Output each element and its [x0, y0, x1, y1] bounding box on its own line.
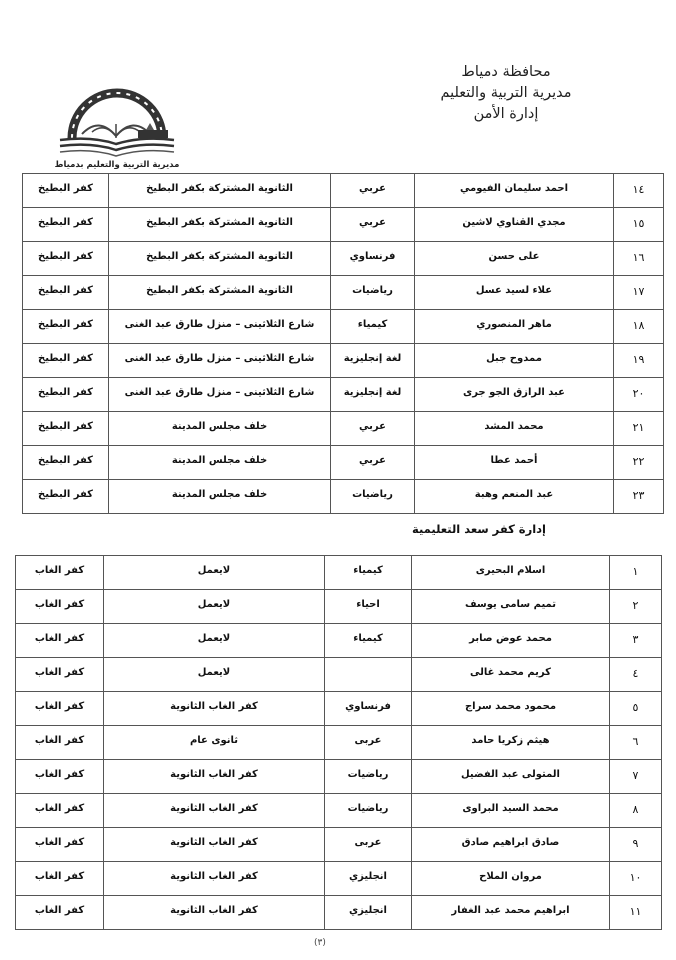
- subject: [325, 658, 412, 692]
- table-row: ١٩ممدوح جبللغة إنجليزيةشارع الثلاثينى – …: [23, 344, 664, 378]
- subject: احياء: [325, 590, 412, 624]
- teacher-name: على حسن: [415, 242, 614, 276]
- row-number: ٢١: [614, 412, 664, 446]
- area: كفر البطيخ: [23, 174, 109, 208]
- row-number: ٩: [610, 828, 662, 862]
- subject: رياضيات: [331, 276, 415, 310]
- location: لايعمل: [104, 556, 325, 590]
- teacher-name: محمد عوض صابر: [412, 624, 610, 658]
- roster-table-kafr-saad: ١اسلام البحيرىكيمياءلايعملكفر الغاب ٢تمي…: [15, 555, 662, 930]
- teacher-name: محمد المشد: [415, 412, 614, 446]
- subject: انجليزي: [325, 862, 412, 896]
- page-number: (٣): [314, 938, 326, 948]
- subject: فرنساوي: [325, 692, 412, 726]
- table-row: ١اسلام البحيرىكيمياءلايعملكفر الغاب: [16, 556, 662, 590]
- location: كفر الغاب الثانوية: [104, 760, 325, 794]
- header-governorate: محافظة دمياط: [406, 62, 606, 83]
- row-number: ٣: [610, 624, 662, 658]
- table-row: ٢٠عبد الرازق الجو جرىلغة إنجليزيةشارع ال…: [23, 378, 664, 412]
- subject: رياضيات: [325, 794, 412, 828]
- teacher-name: ابراهيم محمد عبد الغفار: [412, 896, 610, 930]
- location: الثانوية المشتركة بكفر البطيخ: [109, 242, 331, 276]
- table-row: ٥محمود محمد سراجفرنساويكفر الغاب الثانوي…: [16, 692, 662, 726]
- table-row: ٧المتولى عبد الفضيلرياضياتكفر الغاب الثا…: [16, 760, 662, 794]
- header-directorate: مديرية التربية والتعليم: [406, 83, 606, 104]
- row-number: ١٧: [614, 276, 664, 310]
- roster-table-kafr-el-battikh: ١٤احمد سليمان الفيوميعربيالثانوية المشتر…: [22, 173, 664, 514]
- teacher-name: أحمد عطا: [415, 446, 614, 480]
- table-row: ٦هيثم زكريا حامدعربىثانوى عامكفر الغاب: [16, 726, 662, 760]
- table-row: ١٥مجدي القناوي لاشينعربيالثانوية المشترك…: [23, 208, 664, 242]
- area: كفر البطيخ: [23, 242, 109, 276]
- row-number: ١: [610, 556, 662, 590]
- area: كفر الغاب: [16, 896, 104, 930]
- teacher-name: عبد الرازق الجو جرى: [415, 378, 614, 412]
- teacher-name: احمد سليمان الفيومي: [415, 174, 614, 208]
- area: كفر الغاب: [16, 794, 104, 828]
- location: الثانوية المشتركة بكفر البطيخ: [109, 174, 331, 208]
- table-row: ٢تميم سامى يوسفاحياءلايعملكفر الغاب: [16, 590, 662, 624]
- document-header: محافظة دمياط مديرية التربية والتعليم إدا…: [406, 62, 606, 125]
- subject: لغة إنجليزية: [331, 378, 415, 412]
- location: ثانوى عام: [104, 726, 325, 760]
- subject: عربى: [325, 828, 412, 862]
- table-row: ٢٣عبد المنعم وهبةرياضياتخلف مجلس المدينة…: [23, 480, 664, 514]
- area: كفر الغاب: [16, 726, 104, 760]
- open-book-arch-logo-icon: مديرية التربية والتعليم بدمياط: [52, 66, 182, 170]
- teacher-name: كريم محمد غالى: [412, 658, 610, 692]
- area: كفر البطيخ: [23, 446, 109, 480]
- teacher-name: مروان الملاح: [412, 862, 610, 896]
- row-number: ١٨: [614, 310, 664, 344]
- subject: كيمياء: [325, 624, 412, 658]
- subject: رياضيات: [331, 480, 415, 514]
- subject: انجليزي: [325, 896, 412, 930]
- teacher-name: عبد المنعم وهبة: [415, 480, 614, 514]
- table-row: ١١ابراهيم محمد عبد الغفارانجليزيكفر الغا…: [16, 896, 662, 930]
- table-row: ٢٢أحمد عطاعربيخلف مجلس المدينةكفر البطيخ: [23, 446, 664, 480]
- area: كفر البطيخ: [23, 310, 109, 344]
- area: كفر الغاب: [16, 828, 104, 862]
- table-row: ١٧علاء لسيد عسلرياضياتالثانوية المشتركة …: [23, 276, 664, 310]
- teacher-name: محمود محمد سراج: [412, 692, 610, 726]
- subject: عربي: [331, 174, 415, 208]
- area: كفر الغاب: [16, 590, 104, 624]
- row-number: ٨: [610, 794, 662, 828]
- area: كفر الغاب: [16, 556, 104, 590]
- area: كفر البطيخ: [23, 412, 109, 446]
- location: لايعمل: [104, 658, 325, 692]
- location: كفر الغاب الثانوية: [104, 862, 325, 896]
- table-row: ١٦على حسنفرنساويالثانوية المشتركة بكفر ا…: [23, 242, 664, 276]
- area: كفر البطيخ: [23, 480, 109, 514]
- teacher-name: ماهر المنصوري: [415, 310, 614, 344]
- row-number: ٢٣: [614, 480, 664, 514]
- row-number: ٤: [610, 658, 662, 692]
- area: كفر الغاب: [16, 658, 104, 692]
- teacher-name: المتولى عبد الفضيل: [412, 760, 610, 794]
- subject: عربى: [325, 726, 412, 760]
- area: كفر البطيخ: [23, 344, 109, 378]
- table-row: ٩صادق ابراهيم صادقعربىكفر الغاب الثانوية…: [16, 828, 662, 862]
- teacher-name: اسلام البحيرى: [412, 556, 610, 590]
- area: كفر البطيخ: [23, 378, 109, 412]
- area: كفر البطيخ: [23, 276, 109, 310]
- subject: عربي: [331, 412, 415, 446]
- row-number: ٢٢: [614, 446, 664, 480]
- svg-text:مديرية التربية والتعليم بدمياط: مديرية التربية والتعليم بدمياط: [55, 160, 180, 170]
- location: كفر الغاب الثانوية: [104, 896, 325, 930]
- location: لايعمل: [104, 624, 325, 658]
- area: كفر البطيخ: [23, 208, 109, 242]
- table-row: ١٤احمد سليمان الفيوميعربيالثانوية المشتر…: [23, 174, 664, 208]
- header-department: إدارة الأمن: [406, 104, 606, 125]
- subject: كيمياء: [331, 310, 415, 344]
- location: شارع الثلاثينى – منزل طارق عبد الغنى: [109, 344, 331, 378]
- row-number: ١١: [610, 896, 662, 930]
- section-title-kafr-saad: إدارة كفر سعد التعليمية: [412, 522, 546, 536]
- location: كفر الغاب الثانوية: [104, 828, 325, 862]
- row-number: ١٩: [614, 344, 664, 378]
- teacher-name: ممدوح جبل: [415, 344, 614, 378]
- location: الثانوية المشتركة بكفر البطيخ: [109, 208, 331, 242]
- table-row: ١٨ماهر المنصوريكيمياءشارع الثلاثينى – من…: [23, 310, 664, 344]
- teacher-name: تميم سامى يوسف: [412, 590, 610, 624]
- row-number: ١٦: [614, 242, 664, 276]
- row-number: ١٤: [614, 174, 664, 208]
- location: خلف مجلس المدينة: [109, 446, 331, 480]
- subject: فرنساوي: [331, 242, 415, 276]
- subject: لغة إنجليزية: [331, 344, 415, 378]
- table-row: ٢١محمد المشدعربيخلف مجلس المدينةكفر البط…: [23, 412, 664, 446]
- table-row: ٨محمد السيد البراوىرياضياتكفر الغاب الثا…: [16, 794, 662, 828]
- teacher-name: هيثم زكريا حامد: [412, 726, 610, 760]
- table-row: ٣محمد عوض صابركيمياءلايعملكفر الغاب: [16, 624, 662, 658]
- location: كفر الغاب الثانوية: [104, 692, 325, 726]
- teacher-name: صادق ابراهيم صادق: [412, 828, 610, 862]
- row-number: ٥: [610, 692, 662, 726]
- location: لايعمل: [104, 590, 325, 624]
- row-number: ١٠: [610, 862, 662, 896]
- teacher-name: مجدي القناوي لاشين: [415, 208, 614, 242]
- subject: كيمياء: [325, 556, 412, 590]
- location: شارع الثلاثينى – منزل طارق عبد الغنى: [109, 310, 331, 344]
- location: خلف مجلس المدينة: [109, 480, 331, 514]
- teacher-name: محمد السيد البراوى: [412, 794, 610, 828]
- teacher-name: علاء لسيد عسل: [415, 276, 614, 310]
- location: كفر الغاب الثانوية: [104, 794, 325, 828]
- area: كفر الغاب: [16, 692, 104, 726]
- table-row: ١٠مروان الملاحانجليزيكفر الغاب الثانويةك…: [16, 862, 662, 896]
- area: كفر الغاب: [16, 624, 104, 658]
- table-row: ٤كريم محمد غالىلايعملكفر الغاب: [16, 658, 662, 692]
- row-number: ٢٠: [614, 378, 664, 412]
- location: خلف مجلس المدينة: [109, 412, 331, 446]
- subject: عربي: [331, 446, 415, 480]
- row-number: ٧: [610, 760, 662, 794]
- area: كفر الغاب: [16, 760, 104, 794]
- location: الثانوية المشتركة بكفر البطيخ: [109, 276, 331, 310]
- row-number: ١٥: [614, 208, 664, 242]
- area: كفر الغاب: [16, 862, 104, 896]
- location: شارع الثلاثينى – منزل طارق عبد الغنى: [109, 378, 331, 412]
- row-number: ٢: [610, 590, 662, 624]
- subject: رياضيات: [325, 760, 412, 794]
- row-number: ٦: [610, 726, 662, 760]
- subject: عربي: [331, 208, 415, 242]
